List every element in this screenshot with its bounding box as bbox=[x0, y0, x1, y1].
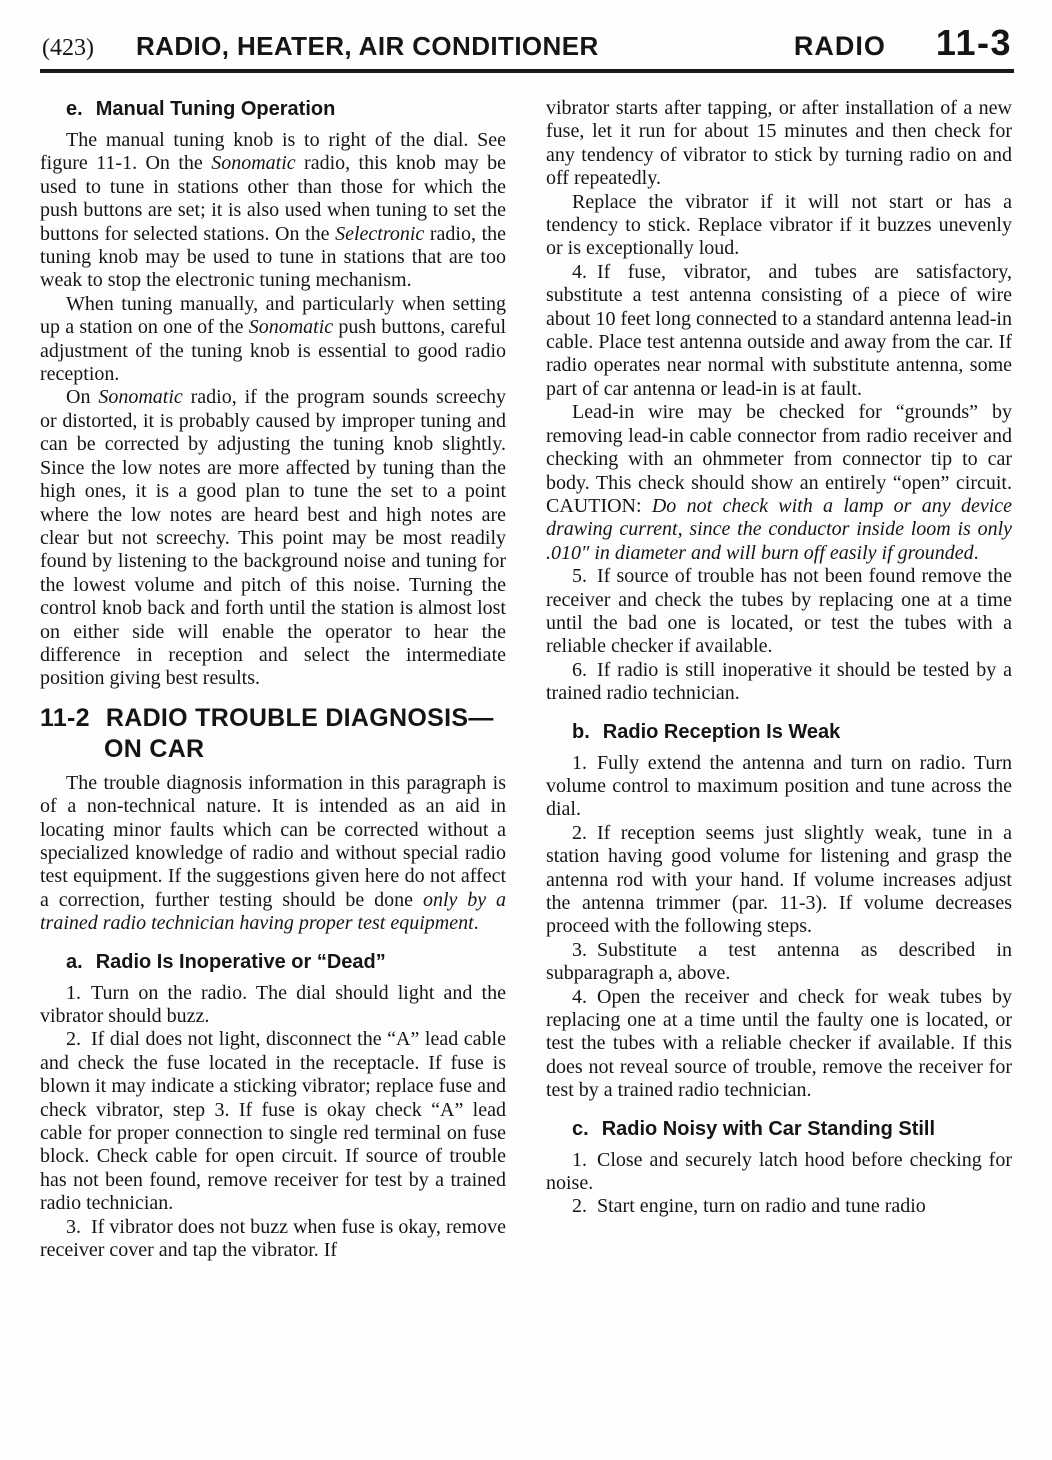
subsection-heading: c.Radio Noisy with Car Standing Still bbox=[572, 1117, 1012, 1141]
chapter-title: RADIO, HEATER, AIR CONDITIONER bbox=[136, 31, 599, 62]
italic-text: Sonomatic bbox=[98, 386, 182, 408]
section-name: RADIO bbox=[794, 31, 886, 62]
text-run: 1. Turn on the radio. The dial should li… bbox=[40, 982, 506, 1027]
paragraph: 4. Open the receiver and check for weak … bbox=[546, 986, 1012, 1103]
subsection-label: e. bbox=[66, 98, 83, 120]
section-number: 11-2 bbox=[40, 704, 90, 732]
text-run: 2. Start engine, turn on radio and tune … bbox=[572, 1195, 926, 1217]
column-right: vibrator starts after tapping, or after … bbox=[546, 97, 1012, 1262]
text-run: 2. If reception seems just slightly weak… bbox=[546, 822, 1012, 938]
paragraph: 3. Substitute a test antenna as describe… bbox=[546, 939, 1012, 986]
text-run: Replace the vibrator if it will not star… bbox=[546, 191, 1012, 260]
paragraph: 3. If vibrator does not buzz when fuse i… bbox=[40, 1216, 506, 1263]
text-run: 3. Substitute a test antenna as describe… bbox=[546, 939, 1012, 984]
subsection-title: Manual Tuning Operation bbox=[96, 98, 336, 120]
page-body: e.Manual Tuning OperationThe manual tuni… bbox=[0, 73, 1052, 1262]
paragraph: 1. Fully extend the antenna and turn on … bbox=[546, 752, 1012, 822]
text-run: 4. If fuse, vibrator, and tubes are sati… bbox=[546, 261, 1012, 400]
text-run: 5. If source of trouble has not been fou… bbox=[546, 565, 1012, 657]
paragraph: 6. If radio is still inoperative it shou… bbox=[546, 659, 1012, 706]
page-number: 11-3 bbox=[936, 22, 1012, 64]
text-run: On bbox=[66, 386, 98, 408]
paragraph: 2. If dial does not light, disconnect th… bbox=[40, 1028, 506, 1215]
text-run: 3. If vibrator does not buzz when fuse i… bbox=[40, 1216, 506, 1261]
column-left: e.Manual Tuning OperationThe manual tuni… bbox=[40, 97, 506, 1262]
manual-page: (423) RADIO, HEATER, AIR CONDITIONER RAD… bbox=[0, 0, 1052, 1460]
paragraph: 1. Turn on the radio. The dial should li… bbox=[40, 982, 506, 1029]
subsection-label: c. bbox=[572, 1118, 589, 1140]
section-heading-line1: 11-2RADIO TROUBLE DIAGNOSIS— bbox=[40, 703, 506, 734]
subsection-heading: a.Radio Is Inoperative or “Dead” bbox=[66, 950, 506, 974]
text-run: . bbox=[474, 912, 479, 934]
text-run: vibrator starts after tapping, or after … bbox=[546, 97, 1012, 189]
subsection-title: Radio Noisy with Car Standing Still bbox=[602, 1118, 935, 1140]
text-run: 4. Open the receiver and check for weak … bbox=[546, 986, 1012, 1102]
page-number-paren: (423) bbox=[42, 35, 94, 62]
paragraph: Replace the vibrator if it will not star… bbox=[546, 191, 1012, 261]
section-title: RADIO TROUBLE DIAGNOSIS— bbox=[106, 704, 494, 732]
subsection-heading: e.Manual Tuning Operation bbox=[66, 97, 506, 121]
section-heading-line2: ON CAR bbox=[40, 734, 506, 765]
paragraph: 5. If source of trouble has not been fou… bbox=[546, 565, 1012, 659]
text-run: 1. Close and securely latch hood before … bbox=[546, 1149, 1012, 1194]
text-run: 1. Fully extend the antenna and turn on … bbox=[546, 752, 1012, 821]
paragraph: When tuning manually, and particularly w… bbox=[40, 293, 506, 387]
text-run: 2. If dial does not light, disconnect th… bbox=[40, 1028, 506, 1214]
paragraph: vibrator starts after tapping, or after … bbox=[546, 97, 1012, 191]
italic-text: Sonomatic bbox=[249, 316, 333, 338]
paragraph: The manual tuning knob is to right of th… bbox=[40, 129, 506, 293]
italic-text: Sonomatic bbox=[211, 152, 295, 174]
text-run: radio, if the program sounds screechy or… bbox=[40, 386, 506, 689]
paragraph: The trouble diagnosis information in thi… bbox=[40, 772, 506, 936]
subsection-heading: b.Radio Reception Is Weak bbox=[572, 720, 1012, 744]
subsection-label: b. bbox=[572, 721, 590, 743]
paragraph: Lead-in wire may be checked for “grounds… bbox=[546, 401, 1012, 565]
text-run: 6. If radio is still inoperative it shou… bbox=[546, 659, 1012, 704]
section-heading: 11-2RADIO TROUBLE DIAGNOSIS—ON CAR bbox=[40, 703, 506, 765]
subsection-label: a. bbox=[66, 951, 83, 973]
running-head: (423) RADIO, HEATER, AIR CONDITIONER RAD… bbox=[40, 0, 1014, 73]
subsection-title: Radio Reception Is Weak bbox=[603, 721, 840, 743]
subsection-title: Radio Is Inoperative or “Dead” bbox=[96, 951, 386, 973]
text-run: . bbox=[974, 542, 979, 564]
italic-text: Selectronic bbox=[335, 223, 424, 245]
paragraph: 1. Close and securely latch hood before … bbox=[546, 1149, 1012, 1196]
paragraph: 4. If fuse, vibrator, and tubes are sati… bbox=[546, 261, 1012, 401]
paragraph: On Sonomatic radio, if the program sound… bbox=[40, 386, 506, 690]
paragraph: 2. If reception seems just slightly weak… bbox=[546, 822, 1012, 939]
paragraph: 2. Start engine, turn on radio and tune … bbox=[546, 1195, 1012, 1218]
